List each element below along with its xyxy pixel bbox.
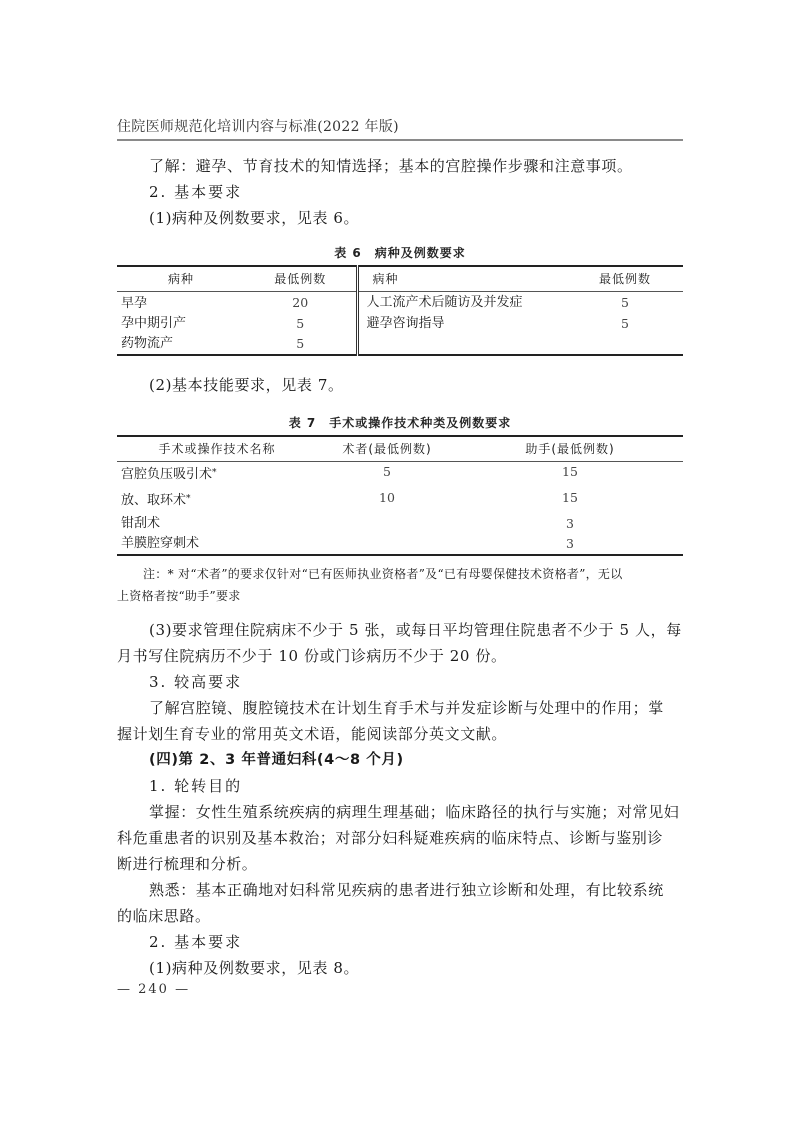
cell-count: 5 [567, 314, 683, 334]
table7-header-row: 手术或操作技术名称 术者(最低例数) 助手(最低例数) [117, 436, 683, 462]
table7-caption: 表 7 手术或操作技术种类及例数要求 [117, 414, 683, 431]
heading-rotation-purpose: 1. 轮转目的 [117, 773, 683, 799]
paragraph-management-1: (3)要求管理住院病床不少于 5 张，或每日平均管理住院患者不少于 5 人，每 [117, 617, 683, 643]
cell-operator [317, 514, 457, 534]
paragraph-familiar-1: 熟悉：基本正确地对妇科常见疾病的患者进行独立诊断和处理，有比较系统 [117, 877, 683, 903]
paragraph-higher-1: 了解宫腔镜、腹腔镜技术在计划生育手术与并发症诊断与处理中的作用；掌 [117, 695, 683, 721]
cell-disease [357, 334, 567, 355]
cell-assistant: 3 [457, 514, 683, 534]
procedure-name: 宫腔负压吸引术 [121, 467, 212, 482]
cell-procedure: 放、取环术* [117, 488, 317, 514]
table7: 手术或操作技术名称 术者(最低例数) 助手(最低例数) 宫腔负压吸引术* 5 1… [117, 435, 683, 556]
paragraph-master-1: 掌握：女性生殖系统疾病的病理生理基础；临床路径的执行与实施；对常见妇 [117, 799, 683, 825]
running-head: 住院医师规范化培训内容与标准(2022 年版) [117, 116, 399, 136]
procedure-name: 羊膜腔穿刺术 [121, 536, 199, 551]
table6-header-min-cases-2: 最低例数 [567, 266, 683, 292]
procedure-name: 钳刮术 [121, 516, 160, 531]
table-row: 孕中期引产 5 避孕咨询指导 5 [117, 314, 683, 334]
table6-header-disease-2: 病种 [357, 266, 567, 292]
paragraph-higher-2: 握计划生育专业的常用英文术语，能阅读部分英文文献。 [117, 721, 683, 747]
table7-header-operator: 术者(最低例数) [317, 436, 457, 462]
cell-procedure: 羊膜腔穿刺术 [117, 534, 317, 555]
cell-count: 5 [245, 334, 357, 355]
paragraph-familiar-2: 的临床思路。 [117, 903, 683, 929]
table7-header-procedure: 手术或操作技术名称 [117, 436, 317, 462]
cell-disease: 早孕 [117, 292, 245, 315]
table-row: 放、取环术* 10 15 [117, 488, 683, 514]
section-heading-gynecology: (四)第 2、3 年普通妇科(4～8 个月) [117, 747, 683, 773]
table6: 病种 最低例数 病种 最低例数 早孕 20 人工流产术后随访及并发症 5 孕中期… [117, 265, 683, 356]
cell-count: 5 [245, 314, 357, 334]
cell-assistant: 15 [457, 462, 683, 489]
cell-disease: 避孕咨询指导 [357, 314, 567, 334]
table-row: 早孕 20 人工流产术后随访及并发症 5 [117, 292, 683, 315]
cell-disease: 孕中期引产 [117, 314, 245, 334]
heading-basic-requirements: 2. 基本要求 [117, 179, 683, 205]
header-rule [117, 139, 683, 141]
paragraph-understand: 了解：避孕、节育技术的知情选择；基本的宫腔操作步骤和注意事项。 [117, 153, 683, 179]
paragraph-see-table6: (1)病种及例数要求，见表 6。 [117, 205, 683, 231]
cell-count: 20 [245, 292, 357, 315]
paragraph-management-2: 月书写住院病历不少于 10 份或门诊病历不少于 20 份。 [117, 643, 683, 669]
heading-higher-requirements: 3. 较高要求 [117, 669, 683, 695]
cell-operator [317, 534, 457, 555]
table-row: 羊膜腔穿刺术 3 [117, 534, 683, 555]
paragraph-see-table7: (2)基本技能要求，见表 7。 [117, 372, 683, 398]
cell-operator: 5 [317, 462, 457, 489]
table6-header-disease: 病种 [117, 266, 245, 292]
page-number: — 240 — [117, 982, 190, 997]
table7-header-assistant: 助手(最低例数) [457, 436, 683, 462]
heading-basic-requirements-2: 2. 基本要求 [117, 929, 683, 955]
paragraph-master-3: 断进行梳理和分析。 [117, 851, 683, 877]
table6-caption: 表 6 病种及例数要求 [117, 244, 683, 261]
table-row: 钳刮术 3 [117, 514, 683, 534]
footnote-mark: * [186, 494, 191, 504]
table6-header-row: 病种 最低例数 病种 最低例数 [117, 266, 683, 292]
cell-assistant: 3 [457, 534, 683, 555]
cell-procedure: 钳刮术 [117, 514, 317, 534]
table6-header-min-cases: 最低例数 [245, 266, 357, 292]
cell-assistant: 15 [457, 488, 683, 514]
procedure-name: 放、取环术 [121, 493, 186, 508]
table-row: 药物流产 5 [117, 334, 683, 355]
cell-disease: 人工流产术后随访及并发症 [357, 292, 567, 315]
table-row: 宫腔负压吸引术* 5 15 [117, 462, 683, 489]
table7-note-line2: 上资格者按“助手”要求 [117, 585, 683, 607]
cell-count: 5 [567, 292, 683, 315]
cell-count [567, 334, 683, 355]
paragraph-see-table8: (1)病种及例数要求，见表 8。 [117, 955, 683, 981]
paragraph-master-2: 科危重患者的识别及基本救治；对部分妇科疑难疾病的临床特点、诊断与鉴别诊 [117, 825, 683, 851]
footnote-mark: * [212, 468, 217, 478]
cell-operator: 10 [317, 488, 457, 514]
cell-disease: 药物流产 [117, 334, 245, 355]
cell-procedure: 宫腔负压吸引术* [117, 462, 317, 489]
table7-note-line1: 注：* 对“术者”的要求仅针对“已有医师执业资格者”及“已有母婴保健技术资格者”… [117, 563, 683, 585]
